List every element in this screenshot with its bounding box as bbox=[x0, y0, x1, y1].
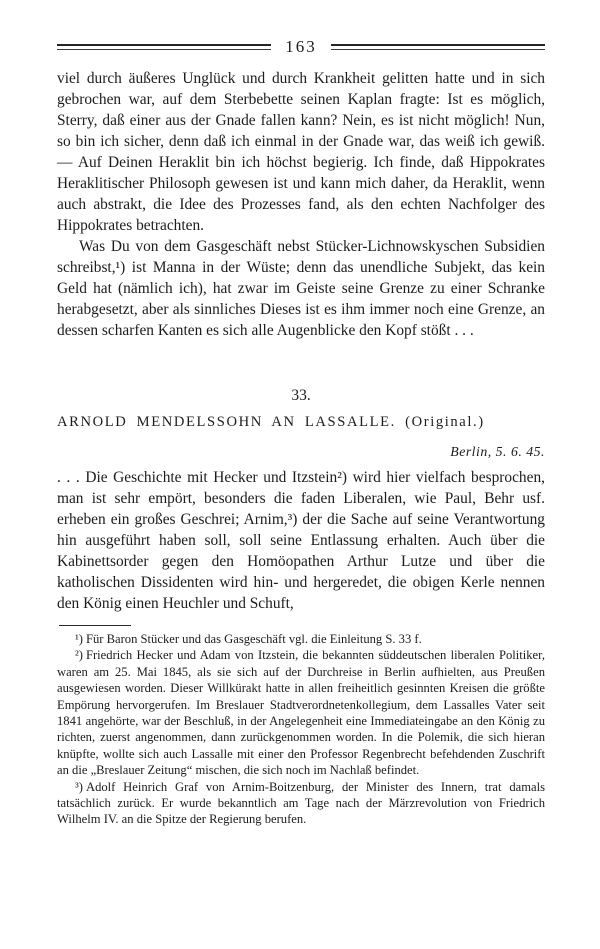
footnote-separator bbox=[59, 625, 131, 626]
footnote-2: ²)Friedrich Hecker und Adam von Itzstein… bbox=[57, 647, 545, 778]
footnote-2-text: Friedrich Hecker und Adam von Itzstein, … bbox=[57, 648, 545, 777]
letter-section: 33. ARNOLD MENDELSSOHN AN LASSALLE. (Ori… bbox=[57, 387, 545, 614]
letter-heading: ARNOLD MENDELSSOHN AN LASSALLE. (Origina… bbox=[57, 412, 545, 432]
footnote-1-text: Für Baron Stücker und das Gasgeschäft vg… bbox=[86, 632, 422, 646]
body-paragraph-1: viel durch äußeres Unglück und durch Kra… bbox=[57, 68, 545, 236]
footnotes-block: ¹)Für Baron Stücker und das Gasgeschäft … bbox=[57, 631, 545, 828]
letter-paragraph-1: . . . Die Geschichte mit Hecker und Itzs… bbox=[57, 467, 545, 614]
page-number: 163 bbox=[271, 38, 331, 55]
footnote-3-text: Adolf Heinrich Graf von Arnim-Boitzenbur… bbox=[57, 780, 545, 827]
header-rule-left bbox=[57, 44, 271, 50]
footnote-2-marker: ²) bbox=[75, 648, 86, 662]
book-page: 163 viel durch äußeres Unglück und durch… bbox=[0, 0, 600, 949]
body-paragraph-2: Was Du von dem Gasgeschäft nebst Stücker… bbox=[57, 236, 545, 341]
letter-number: 33. bbox=[57, 387, 545, 405]
footnote-1: ¹)Für Baron Stücker und das Gasgeschäft … bbox=[57, 631, 545, 647]
footnote-1-marker: ¹) bbox=[75, 632, 86, 646]
footnote-3-marker: ³) bbox=[75, 780, 86, 794]
header-rule-right bbox=[331, 44, 545, 50]
letter-dateline: Berlin, 5. 6. 45. bbox=[57, 443, 545, 460]
footnote-3: ³)Adolf Heinrich Graf von Arnim-Boitzenb… bbox=[57, 779, 545, 828]
letter-body: . . . Die Geschichte mit Hecker und Itzs… bbox=[57, 467, 545, 614]
main-text-block: viel durch äußeres Unglück und durch Kra… bbox=[57, 68, 545, 341]
page-header: 163 bbox=[57, 38, 545, 55]
